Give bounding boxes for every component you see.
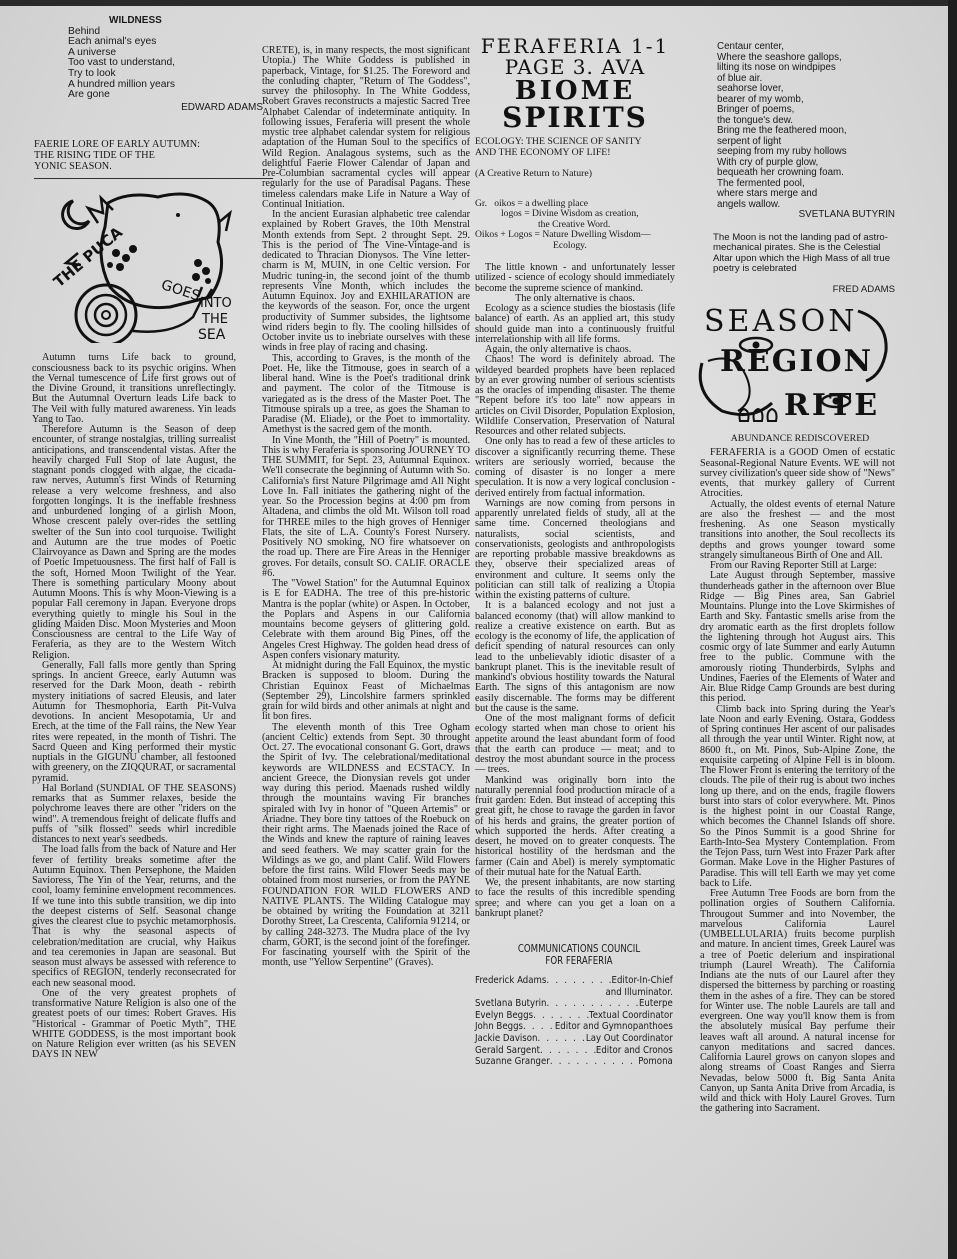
member-role: Lay Out Coordinator	[586, 1033, 673, 1045]
council-members: Frederick Adams. . . . . . . . . . . . .…	[475, 975, 683, 1068]
paragraph: Mankind was originally born into the nat…	[475, 776, 675, 879]
poem-line: Bring me the feathered moon,	[717, 126, 898, 137]
poem-wildness: WILDNESS Behind Each animal's eyes A uni…	[58, 16, 263, 113]
paragraph: It is a balanced ecology and not just a …	[475, 601, 675, 714]
member-role: Editor-In-Chief	[612, 975, 673, 987]
poem-title: WILDNESS	[109, 16, 263, 27]
council-member: John Beggs. . . . . . . . . . . . . . . …	[475, 1021, 673, 1033]
paragraph: Warnings are now coming from persons in …	[475, 499, 675, 602]
paragraph: At midnight during the Fall Equinox, the…	[262, 661, 470, 723]
column-4: Centaur center, Where the seashore gallo…	[700, 6, 898, 1115]
subheading-line: ECOLOGY: THE SCIENCE OF SANITY	[475, 136, 683, 147]
council-member: and Illuminator.	[475, 987, 673, 999]
faerie-lore-article: Autumn turns Life back to ground, consci…	[32, 353, 236, 1060]
poem-line: Centaur center,	[717, 42, 898, 53]
paragraph: Autumn turns Life back to ground, consci…	[32, 353, 236, 425]
etymology-prefix: Gr.	[475, 198, 487, 209]
ecology-subtitle: (A Creative Return to Nature)	[475, 168, 683, 179]
member-role: Editor and Gymnopanthoes	[555, 1021, 673, 1033]
council-member: Evelyn Beggs. . . . . . . . . . . . . . …	[475, 1010, 673, 1022]
heading-line: YONIC SEASON.	[34, 161, 263, 172]
council-member: Jackie Davison. . . . . . . . . . . . . …	[475, 1033, 673, 1045]
poem-line: Bringer of poems,	[717, 105, 898, 116]
council-member: Svetlana Butyrin. . . . . . . . . . . . …	[475, 998, 673, 1010]
masthead-line: PAGE 3. AVA	[475, 56, 675, 78]
member-name: Suzanne Granger	[475, 1056, 550, 1068]
etymology-text: oikos = a dwelling place	[494, 198, 588, 209]
member-name: Gerald Sargent	[475, 1045, 540, 1057]
paragraph: Therefore Autumn is the Season of deep e…	[32, 425, 236, 661]
communications-council: COMMUNICATIONS COUNCIL FOR FERAFERIA Fre…	[475, 943, 683, 1068]
member-role: Euterpe	[639, 998, 673, 1010]
page-edge-shadow	[948, 0, 957, 1259]
member-name: Jackie Davison	[475, 1033, 537, 1045]
white-goddess-article: CRETE), is, in many respects, the most s…	[262, 46, 470, 969]
member-role: Pomona	[638, 1056, 673, 1068]
paragraph: This, according to Graves, is the month …	[262, 354, 470, 436]
paragraph: One only has to read a few of these arti…	[475, 437, 675, 499]
poem-centaur: Centaur center, Where the seashore gallo…	[717, 42, 898, 221]
paragraph: Actually, the oldest events of eternal N…	[700, 500, 895, 562]
paragraph: One of the most malignant forms of defic…	[475, 714, 675, 776]
council-title: FOR FERAFERIA	[494, 955, 665, 967]
paragraph: FERAFERIA is a GOOD Omen of ecstatic Sea…	[700, 448, 895, 499]
biome-spirits-masthead: FERAFERIA 1-1 PAGE 3. AVA BIOME SPIRITS	[475, 36, 675, 132]
svg-text:SEA: SEA	[198, 327, 226, 343]
heading-line: THE RISING TIDE OF THE	[34, 150, 263, 161]
member-role: and Illuminator.	[606, 987, 673, 999]
paragraph: The "Vowel Station" for the Autumnal Equ…	[262, 579, 470, 661]
member-role: Textual Coordinator	[589, 1010, 673, 1022]
column-3: FERAFERIA 1-1 PAGE 3. AVA BIOME SPIRITS …	[475, 6, 683, 1068]
etymology-block: Gr. oikos = a dwelling place logos = Div…	[475, 199, 683, 251]
paragraph: Hal Borland (SUNDIAL OF THE SEASONS) rem…	[32, 784, 236, 846]
svg-text:THE: THE	[201, 312, 228, 327]
moon-note-text: The Moon is not the landing pad of astro…	[713, 233, 895, 275]
poem-author: SVETLANA BUTYRIN	[717, 210, 895, 221]
paragraph: The eleventh month of this Tree Ogham (a…	[262, 723, 470, 969]
poem-line: lilting its nose on windpipes	[717, 63, 898, 74]
paragraph: Generally, Fall falls more gently than S…	[32, 661, 236, 784]
subheading-line: AND THE ECONOMY OF LIFE!	[475, 147, 683, 158]
paragraph: Chaos! The word is definitely abroad. Th…	[475, 355, 675, 437]
member-name: Svetlana Butyrin	[475, 998, 547, 1010]
column-1: WILDNESS Behind Each animal's eyes A uni…	[58, 6, 263, 1061]
poem-author: EDWARD ADAMS	[58, 103, 263, 114]
svg-text:GOES: GOES	[159, 277, 202, 304]
puca-snail-drawing-icon: THE PUCA GOES INTO THE SEA	[38, 183, 248, 343]
moon-note: The Moon is not the landing pad of astro…	[713, 233, 895, 296]
paragraph: Ecology as a science studies the biostas…	[475, 304, 675, 345]
season-region-rite-article: FERAFERIA is a GOOD Omen of ecstatic Sea…	[700, 448, 895, 1114]
column-2: CRETE), is, in many respects, the most s…	[262, 6, 472, 969]
etymology-line: Ecology.	[475, 241, 683, 251]
moon-note-author: FRED ADAMS	[713, 285, 895, 296]
paragraph: In Vine Month, the "Hill of Poetry" is m…	[262, 436, 470, 580]
poem-lines: Centaur center, Where the seashore gallo…	[717, 42, 898, 210]
poem-line: seeping from my ruby hollows	[717, 147, 898, 158]
paragraph: Climb back into Spring during the Year's…	[700, 705, 895, 890]
svg-text:THE PUCA: THE PUCA	[50, 223, 126, 291]
paragraph: The little known - and unfortunately les…	[475, 263, 675, 294]
paragraph: One of the very greatest prophets of tra…	[32, 989, 236, 1061]
poem-line: where stars merge and	[717, 189, 898, 200]
poem-line: bequeath her crowning foam.	[717, 168, 898, 179]
masthead-line: RITE	[784, 391, 880, 421]
divider	[34, 178, 273, 179]
masthead-line: REGION	[720, 347, 873, 377]
paragraph: Free Autumn Tree Foods are born from the…	[700, 889, 895, 1115]
paragraph: We, the present inhabitants, are now sta…	[475, 878, 675, 919]
member-name: Evelyn Beggs	[475, 1010, 533, 1022]
poem-line: seahorse lover,	[717, 84, 898, 95]
svg-text:INTO: INTO	[200, 296, 232, 311]
faerie-lore-heading: FAERIE LORE OF EARLY AUTUMN: THE RISING …	[34, 139, 263, 172]
newspaper-page: WILDNESS Behind Each animal's eyes A uni…	[0, 6, 948, 1259]
poem-lines: Behind Each animal's eyes A universe Too…	[68, 27, 263, 101]
member-name: John Beggs	[475, 1021, 523, 1033]
paragraph: Late August through September, massive t…	[700, 571, 895, 704]
paragraph: CRETE), is, in many respects, the most s…	[262, 46, 470, 210]
masthead-line: SEASON	[704, 307, 858, 337]
council-member: Frederick Adams. . . . . . . . . . . . .…	[475, 975, 673, 987]
puca-snail-illustration: THE PUCA GOES INTO THE SEA	[38, 183, 248, 343]
season-region-rite-masthead: SEASON REGION RITE	[698, 303, 898, 431]
masthead-line: SPIRITS	[475, 104, 675, 132]
member-role: Editor and Cronos	[596, 1045, 673, 1057]
council-member: Gerald Sargent. . . . . . . . . . . . . …	[475, 1045, 673, 1057]
poem-line: Are gone	[68, 90, 263, 101]
paragraph: The load falls from the back of Nature a…	[32, 845, 236, 989]
member-name: Frederick Adams	[475, 975, 546, 987]
council-title: COMMUNICATIONS COUNCIL	[494, 943, 665, 955]
abundance-subheading: ABUNDANCE REDISCOVERED	[700, 433, 900, 444]
ecology-subheading: ECOLOGY: THE SCIENCE OF SANITY AND THE E…	[475, 136, 683, 158]
heading-line: FAERIE LORE OF EARLY AUTUMN:	[34, 139, 263, 150]
paragraph: In the ancient Eurasian alphabetic tree …	[262, 210, 470, 354]
ecology-article: The little known - and unfortunately les…	[475, 263, 675, 919]
council-member: Suzanne Granger. . . . . . . . . . . . .…	[475, 1056, 673, 1068]
masthead-line: FERAFERIA 1-1	[475, 36, 675, 56]
poem-line: Try to look	[68, 69, 263, 80]
